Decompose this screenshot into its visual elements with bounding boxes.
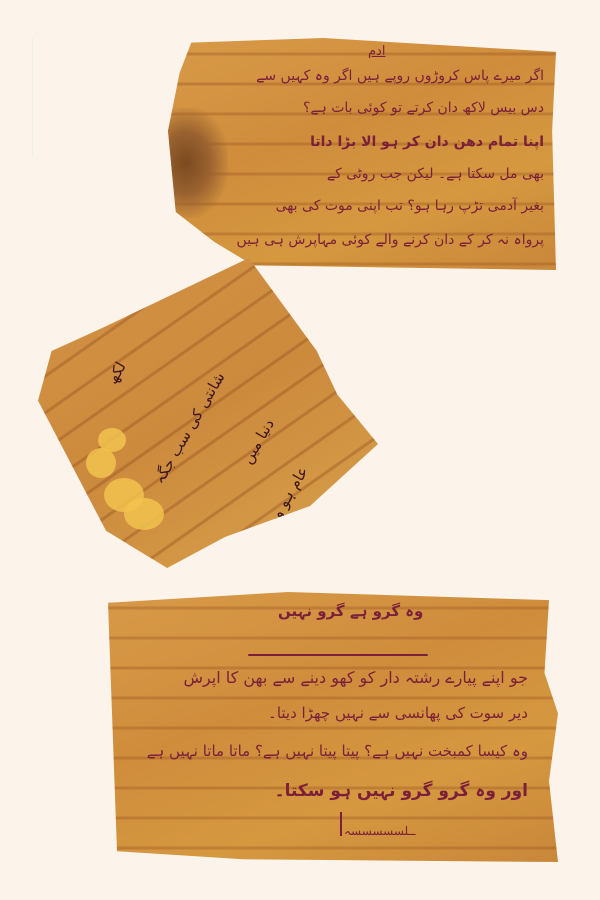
top-birch-bark-fragment: ادم اگر میرے پاس کروڑوں روپے ہیں اگر وہ …: [168, 38, 556, 270]
yellow-spot: [86, 448, 116, 478]
yellow-spot: [124, 498, 164, 530]
dark-stain: [168, 108, 228, 218]
middle-birch-bark-fragment: لکھ شانتی کی سب جگہ دنیا میں عام ہو ویسی…: [38, 258, 378, 568]
title-underline: [248, 654, 428, 656]
middle-line-1: لکھ: [103, 359, 130, 387]
bottom-line-2: دیر سوت کی پھانسی سے نہیں چھڑا دیتا۔: [268, 704, 528, 722]
top-fragment-title: ادم: [368, 44, 385, 59]
signature-stroke: [340, 812, 342, 836]
middle-line-4: عام ہو ویسی: [253, 463, 312, 547]
top-line-5: بغیر آدمی تڑپ رہا ہو؟ تب اپنی موت کی بھی: [276, 198, 544, 214]
top-line-6: پرواہ نہ کر کے دان کرنے والے کوئی مہاپرش…: [237, 232, 544, 248]
top-line-1: اگر میرے پاس کروڑوں روپے ہیں اگر وہ کہیں…: [256, 68, 544, 84]
middle-line-2: شانتی کی سب جگہ: [150, 369, 229, 487]
bottom-line-3: وہ کیسا کمبخت نہیں ہے؟ پیتا پیتا نہیں ہے…: [147, 742, 528, 760]
middle-line-5: سسسسہ: [298, 492, 361, 534]
top-line-4: بھی مل سکتا ہے۔ لیکن جب روٹی کے: [327, 166, 544, 182]
bottom-birch-bark-fragment: وہ گرو ہے گرو نہیں جو اپنے پیارے رشتہ دا…: [108, 592, 558, 862]
background-crease: [32, 38, 33, 158]
bottom-line-1: جو اپنے پیارے رشتہ دار کو کھو دینے سے بھ…: [183, 668, 528, 687]
bottom-line-4: اور وہ گرو گرو نہیں ہو سکتا۔: [275, 780, 528, 801]
top-line-3: اپنا تمام دھن دان کر ہو الا بڑا داتا: [310, 134, 544, 150]
top-line-2: دس بیس لاکھ دان کرتے تو کوئی بات ہے؟: [303, 100, 544, 116]
middle-line-3: دنیا میں: [238, 416, 278, 467]
bottom-fragment-title: وہ گرو ہے گرو نہیں: [278, 602, 423, 620]
signature: ــلسسسسسہ: [344, 824, 416, 838]
